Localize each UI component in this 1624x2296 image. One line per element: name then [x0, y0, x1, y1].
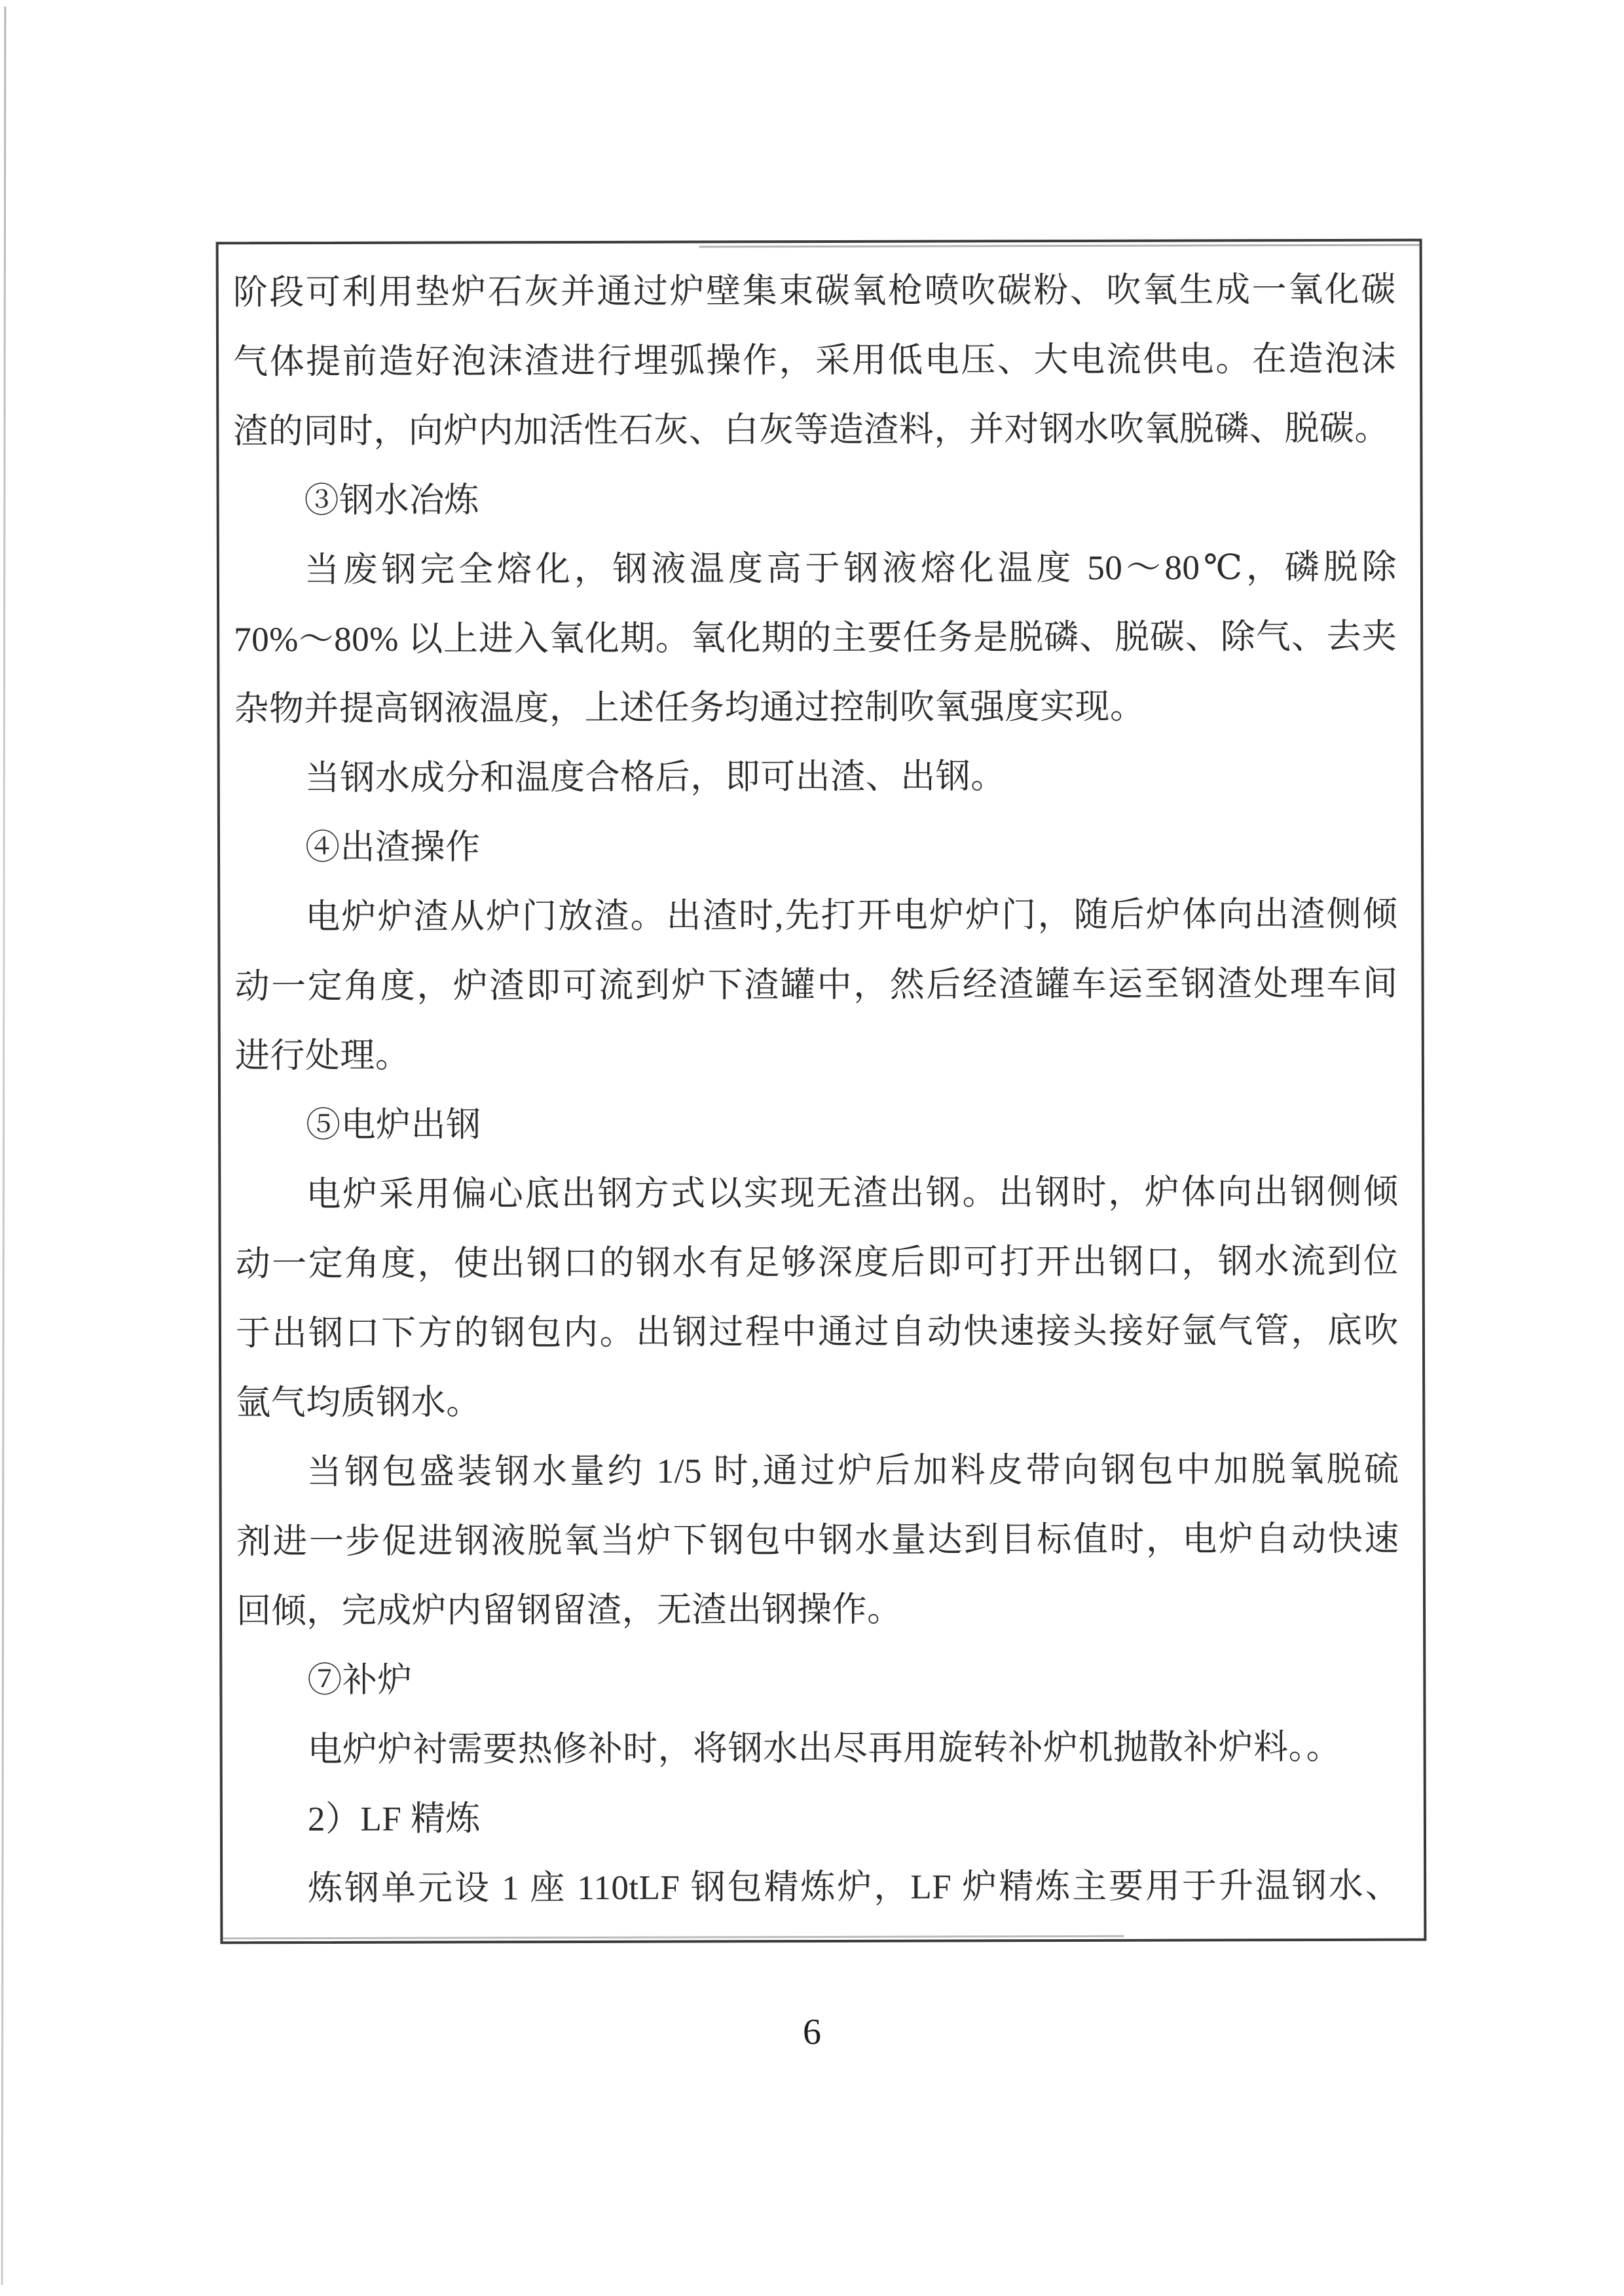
text-line: 渣的同时，向炉内加活性石灰、白灰等造渣料，并对钢水吹氧脱磷、脱碳。 — [233, 394, 1396, 467]
text-line: 氩气均质钢水。 — [236, 1366, 1399, 1438]
text-line: 剂进一步促进钢液脱氧当炉下钢包中钢水量达到目标值时，电炉自动快速 — [236, 1504, 1399, 1577]
scanned-document-page: 阶段可利用垫炉石灰并通过炉壁集束碳氧枪喷吹碳粉、吹氧生成一氧化碳 气体提前造好泡… — [0, 0, 1624, 2296]
scan-edge-artifact — [1, 7, 7, 2285]
text-line: 电炉采用偏心底出钢方式以实现无渣出钢。出钢时，炉体向出钢侧倾 — [235, 1157, 1398, 1230]
text-line: 炼钢单元设 1 座 110tLF 钢包精炼炉，LF 炉精炼主要用于升温钢水、 — [237, 1851, 1400, 1924]
text-line: 当钢水成分和温度合格后，即可出渣、出钢。 — [234, 741, 1397, 814]
page-number: 6 — [0, 2011, 1624, 2053]
text-line: 动一定角度，炉渣即可流到炉下渣罐中，然后经渣罐车运至钢渣处理车间 — [234, 949, 1397, 1022]
text-line: 电炉炉渣从炉门放渣。出渣时,先打开电炉炉门，随后炉体向出渣侧倾 — [234, 880, 1397, 953]
text-line: 电炉炉衬需要热修补时，将钢水出尽再用旋转补炉机抛散补炉料。。 — [236, 1713, 1399, 1785]
text-line: 气体提前造好泡沫渣进行埋弧操作，采用低电压、大电流供电。在造泡沫 — [233, 325, 1396, 397]
text-line: 70%～80% 以上进入氧化期。氧化期的主要任务是脱磷、脱碳、除气、去夹 — [234, 602, 1397, 675]
text-line: 动一定角度，使出钢口的钢水有足够深度后即可打开出钢口，钢水流到位 — [236, 1227, 1399, 1300]
text-line: 当废钢完全熔化，钢液温度高于钢液熔化温度 50～80℃，磷脱除 — [234, 533, 1397, 606]
text-line: ⑦补炉 — [236, 1643, 1399, 1716]
text-line: 当钢包盛装钢水量约 1/5 时,通过炉后加料皮带向钢包中加脱氧脱硫 — [236, 1435, 1399, 1508]
text-line: 于出钢口下方的钢包内。出钢过程中通过自动快速接头接好氩气管，底吹 — [236, 1296, 1399, 1369]
document-frame: 阶段可利用垫炉石灰并通过炉壁集束碳氧枪喷吹碳粉、吹氧生成一氧化碳 气体提前造好泡… — [216, 239, 1427, 1944]
text-line: 阶段可利用垫炉石灰并通过炉壁集束碳氧枪喷吹碳粉、吹氧生成一氧化碳 — [233, 255, 1396, 328]
text-line: ③钢水冶炼 — [233, 464, 1396, 536]
text-line: ④出渣操作 — [234, 811, 1397, 883]
text-line: 回倾，完成炉内留钢留渣，无渣出钢操作。 — [236, 1574, 1399, 1647]
text-line: 杂物并提高钢液温度，上述任务均通过控制吹氧强度实现。 — [234, 672, 1397, 744]
text-line: 2）LF 精炼 — [237, 1782, 1400, 1855]
text-line: ⑤电炉出钢 — [235, 1088, 1398, 1161]
text-line: 进行处理。 — [235, 1019, 1398, 1091]
